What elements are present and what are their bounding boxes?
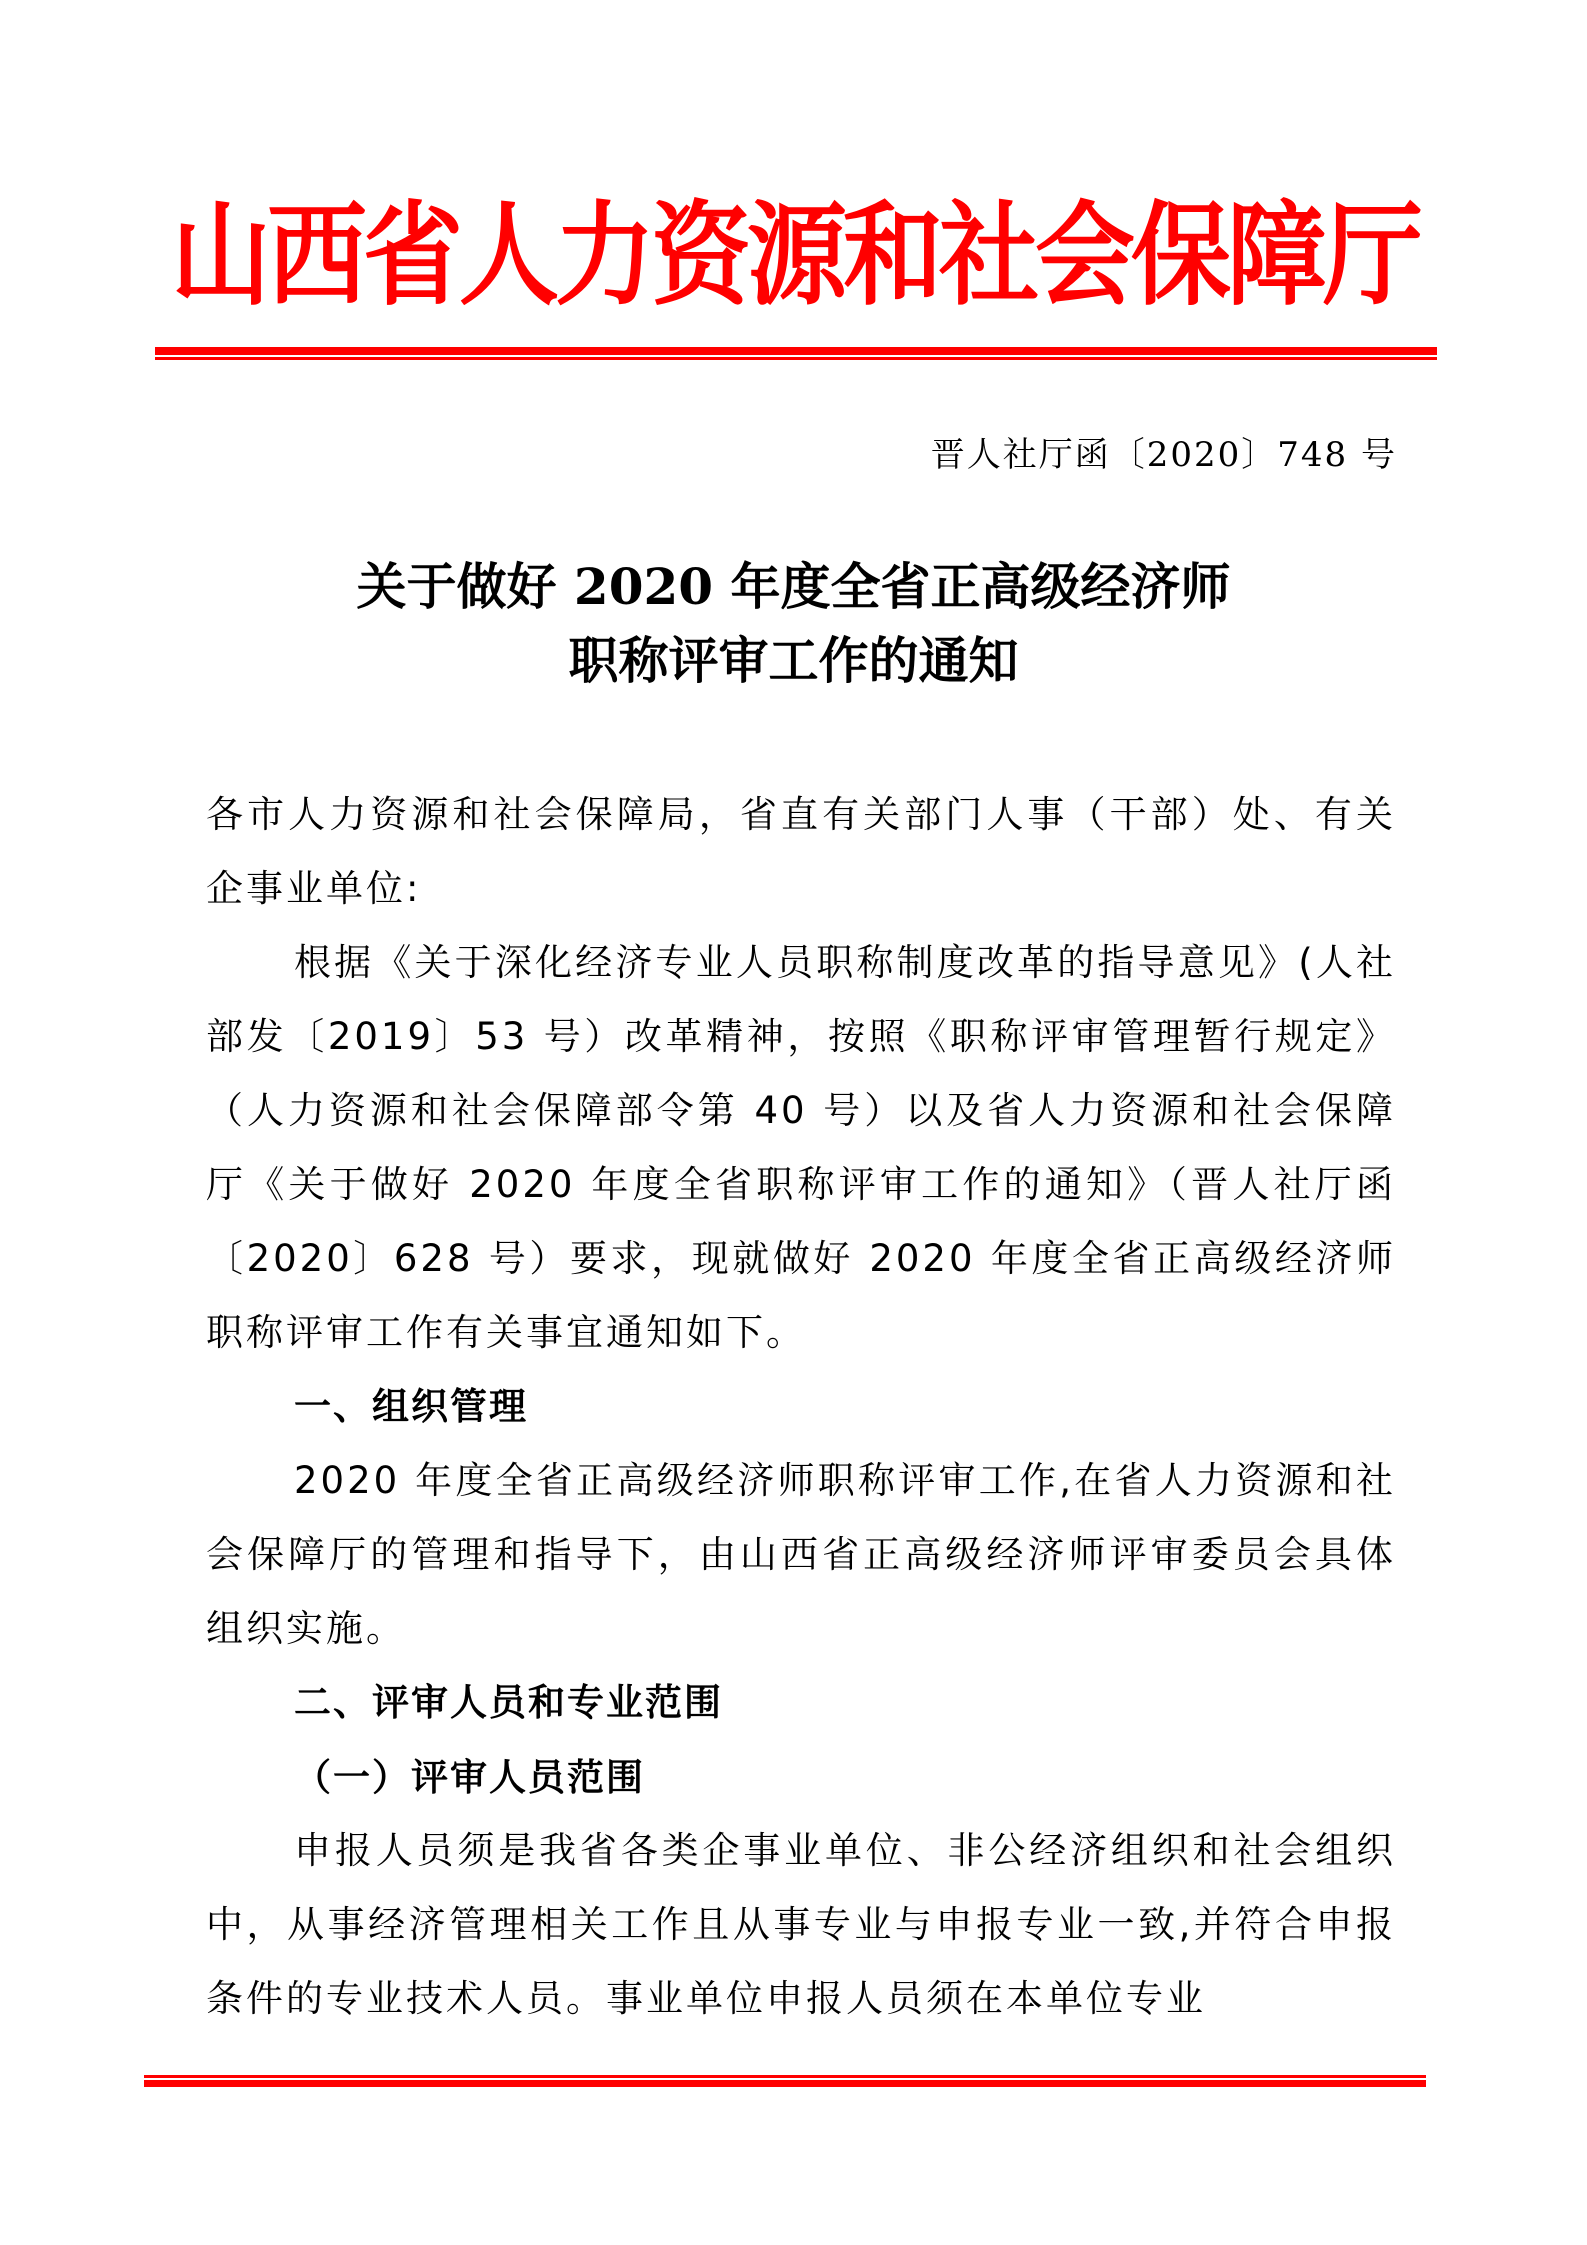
footer-rule-thick bbox=[144, 2080, 1426, 2087]
section-paragraph-organization: 2020 年度全省正高级经济师职称评审工作,在省人力资源和社会保障厅的管理和指导… bbox=[206, 1444, 1396, 1666]
subsection-paragraph-personnel-scope: 申报人员须是我省各类企事业单位、非公经济组织和社会组织中，从事经济管理相关工作且… bbox=[206, 1814, 1396, 2036]
salutation: 各市人力资源和社会保障局，省直有关部门人事（干部）处、有关企事业单位: bbox=[206, 778, 1396, 926]
document-title-line-1: 关于做好 2020 年度全省正高级经济师 bbox=[0, 550, 1587, 624]
subsection-heading-personnel-scope: （一）评审人员范围 bbox=[206, 1740, 1396, 1814]
footer-rule-thin bbox=[144, 2075, 1426, 2078]
document-body: 各市人力资源和社会保障局，省直有关部门人事（干部）处、有关企事业单位: 根据《关… bbox=[206, 778, 1396, 2036]
section-heading-organization: 一、组织管理 bbox=[206, 1370, 1396, 1444]
masthead-title: 山西省人力资源和社会保障厅 bbox=[150, 177, 1440, 334]
document-title-line-2: 职称评审工作的通知 bbox=[0, 624, 1587, 698]
document-number: 晋人社厅函〔2020〕748 号 bbox=[931, 430, 1397, 480]
intro-paragraph: 根据《关于深化经济专业人员职称制度改革的指导意见》(人社部发〔2019〕53 号… bbox=[206, 926, 1396, 1370]
masthead-rule-thick bbox=[155, 347, 1437, 355]
section-heading-scope: 二、评审人员和专业范围 bbox=[206, 1666, 1396, 1740]
document-page: 山西省人力资源和社会保障厅 晋人社厅函〔2020〕748 号 关于做好 2020… bbox=[0, 0, 1587, 2245]
masthead-rule-thin bbox=[155, 357, 1437, 360]
